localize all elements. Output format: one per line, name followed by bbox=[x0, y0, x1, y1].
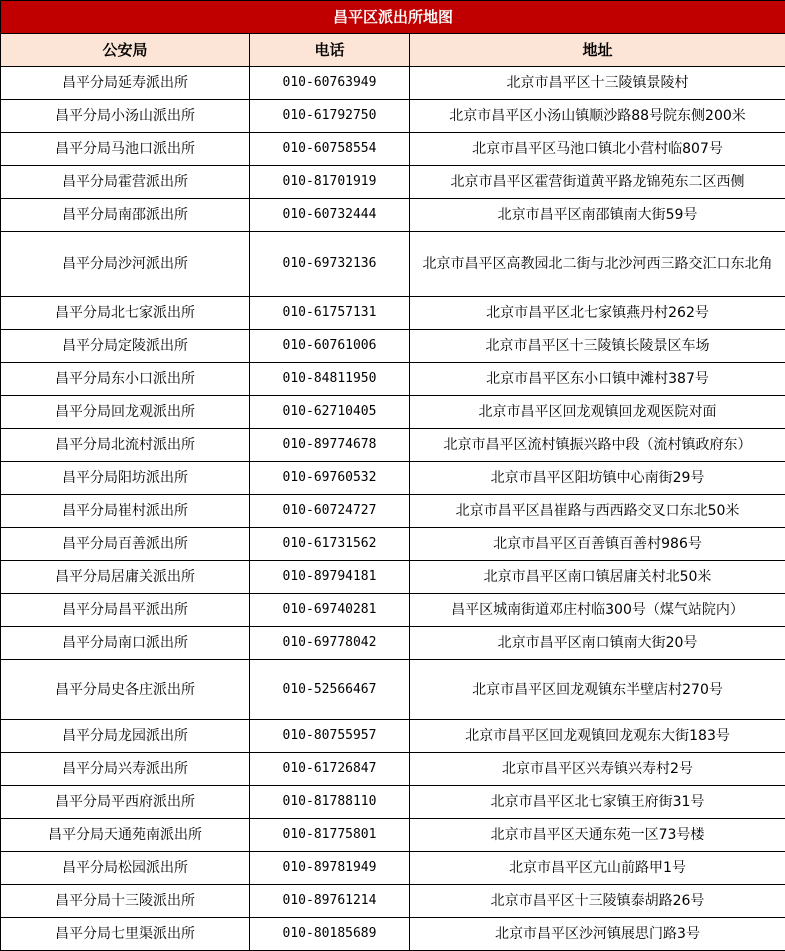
address: 北京市昌平区南邵镇南大街59号 bbox=[410, 199, 785, 232]
phone-number: 010-69778042 bbox=[250, 627, 410, 660]
table-row: 昌平分局定陵派出所 010-60761006 北京市昌平区十三陵镇长陵景区车场 bbox=[1, 330, 785, 363]
police-station-table: 昌平区派出所地图 公安局 电话 地址 昌平分局延寿派出所 010-6076394… bbox=[0, 0, 785, 951]
address: 北京市昌平区百善镇百善村986号 bbox=[410, 528, 785, 561]
table-row: 昌平分局阳坊派出所 010-69760532 北京市昌平区阳坊镇中心南街29号 bbox=[1, 462, 785, 495]
station-name: 昌平分局居庸关派出所 bbox=[1, 561, 250, 594]
address: 北京市昌平区小汤山镇顺沙路88号院东侧200米 bbox=[410, 100, 785, 133]
column-header-station: 公安局 bbox=[1, 34, 250, 67]
table-row: 昌平分局史各庄派出所 010-52566467 北京市昌平区回龙观镇东半壁店村2… bbox=[1, 660, 785, 720]
address: 北京市昌平区马池口镇北小营村临807号 bbox=[410, 133, 785, 166]
column-header-address: 地址 bbox=[410, 34, 785, 67]
phone-number: 010-61731562 bbox=[250, 528, 410, 561]
table-row: 昌平分局小汤山派出所 010-61792750 北京市昌平区小汤山镇顺沙路88号… bbox=[1, 100, 785, 133]
address: 北京市昌平区沙河镇展思门路3号 bbox=[410, 918, 785, 951]
station-name: 昌平分局松园派出所 bbox=[1, 852, 250, 885]
phone-number: 010-80755957 bbox=[250, 720, 410, 753]
table-title-row: 昌平区派出所地图 bbox=[1, 1, 785, 34]
address: 北京市昌平区十三陵镇泰胡路26号 bbox=[410, 885, 785, 918]
phone-number: 010-89781949 bbox=[250, 852, 410, 885]
address: 昌平区城南街道邓庄村临300号（煤气站院内） bbox=[410, 594, 785, 627]
table-row: 昌平分局七里渠派出所 010-80185689 北京市昌平区沙河镇展思门路3号 bbox=[1, 918, 785, 951]
station-name: 昌平分局南口派出所 bbox=[1, 627, 250, 660]
phone-number: 010-60761006 bbox=[250, 330, 410, 363]
table-row: 昌平分局北流村派出所 010-89774678 北京市昌平区流村镇振兴路中段（流… bbox=[1, 429, 785, 462]
address: 北京市昌平区十三陵镇长陵景区车场 bbox=[410, 330, 785, 363]
phone-number: 010-60763949 bbox=[250, 67, 410, 100]
table-row: 昌平分局居庸关派出所 010-89794181 北京市昌平区南口镇居庸关村北50… bbox=[1, 561, 785, 594]
station-name: 昌平分局延寿派出所 bbox=[1, 67, 250, 100]
table-row: 昌平分局延寿派出所 010-60763949 北京市昌平区十三陵镇景陵村 bbox=[1, 67, 785, 100]
table-row: 昌平分局沙河派出所 010-69732136 北京市昌平区高教园北二街与北沙河西… bbox=[1, 232, 785, 297]
phone-number: 010-89761214 bbox=[250, 885, 410, 918]
phone-number: 010-69732136 bbox=[250, 232, 410, 297]
phone-number: 010-69760532 bbox=[250, 462, 410, 495]
station-name: 昌平分局定陵派出所 bbox=[1, 330, 250, 363]
phone-number: 010-84811950 bbox=[250, 363, 410, 396]
address: 北京市昌平区亢山前路甲1号 bbox=[410, 852, 785, 885]
station-name: 昌平分局马池口派出所 bbox=[1, 133, 250, 166]
phone-number: 010-81775801 bbox=[250, 819, 410, 852]
address: 北京市昌平区南口镇南大街20号 bbox=[410, 627, 785, 660]
address: 北京市昌平区北七家镇燕丹村262号 bbox=[410, 297, 785, 330]
table-row: 昌平分局北七家派出所 010-61757131 北京市昌平区北七家镇燕丹村262… bbox=[1, 297, 785, 330]
table-row: 昌平分局崔村派出所 010-60724727 北京市昌平区昌崔路与西西路交叉口东… bbox=[1, 495, 785, 528]
address: 北京市昌平区流村镇振兴路中段（流村镇政府东） bbox=[410, 429, 785, 462]
station-name: 昌平分局昌平派出所 bbox=[1, 594, 250, 627]
table-row: 昌平分局回龙观派出所 010-62710405 北京市昌平区回龙观镇回龙观医院对… bbox=[1, 396, 785, 429]
address: 北京市昌平区东小口镇中滩村387号 bbox=[410, 363, 785, 396]
phone-number: 010-60724727 bbox=[250, 495, 410, 528]
address: 北京市昌平区霍营街道黄平路龙锦苑东二区西侧 bbox=[410, 166, 785, 199]
station-name: 昌平分局阳坊派出所 bbox=[1, 462, 250, 495]
table-row: 昌平分局南邵派出所 010-60732444 北京市昌平区南邵镇南大街59号 bbox=[1, 199, 785, 232]
table-row: 昌平分局马池口派出所 010-60758554 北京市昌平区马池口镇北小营村临8… bbox=[1, 133, 785, 166]
address: 北京市昌平区高教园北二街与北沙河西三路交汇口东北角 bbox=[410, 232, 785, 297]
table-row: 昌平分局平西府派出所 010-81788110 北京市昌平区北七家镇王府街31号 bbox=[1, 786, 785, 819]
station-name: 昌平分局东小口派出所 bbox=[1, 363, 250, 396]
table-row: 昌平分局兴寿派出所 010-61726847 北京市昌平区兴寿镇兴寿村2号 bbox=[1, 753, 785, 786]
phone-number: 010-61726847 bbox=[250, 753, 410, 786]
station-name: 昌平分局霍营派出所 bbox=[1, 166, 250, 199]
phone-number: 010-60732444 bbox=[250, 199, 410, 232]
table-row: 昌平分局松园派出所 010-89781949 北京市昌平区亢山前路甲1号 bbox=[1, 852, 785, 885]
address: 北京市昌平区回龙观镇回龙观东大街183号 bbox=[410, 720, 785, 753]
phone-number: 010-89794181 bbox=[250, 561, 410, 594]
table-row: 昌平分局百善派出所 010-61731562 北京市昌平区百善镇百善村986号 bbox=[1, 528, 785, 561]
station-name: 昌平分局七里渠派出所 bbox=[1, 918, 250, 951]
table-row: 昌平分局龙园派出所 010-80755957 北京市昌平区回龙观镇回龙观东大街1… bbox=[1, 720, 785, 753]
station-name: 昌平分局沙河派出所 bbox=[1, 232, 250, 297]
phone-number: 010-61792750 bbox=[250, 100, 410, 133]
phone-number: 010-80185689 bbox=[250, 918, 410, 951]
phone-number: 010-52566467 bbox=[250, 660, 410, 720]
phone-number: 010-61757131 bbox=[250, 297, 410, 330]
station-name: 昌平分局北流村派出所 bbox=[1, 429, 250, 462]
address: 北京市昌平区北七家镇王府街31号 bbox=[410, 786, 785, 819]
station-name: 昌平分局小汤山派出所 bbox=[1, 100, 250, 133]
station-name: 昌平分局回龙观派出所 bbox=[1, 396, 250, 429]
address: 北京市昌平区十三陵镇景陵村 bbox=[410, 67, 785, 100]
table-row: 昌平分局昌平派出所 010-69740281 昌平区城南街道邓庄村临300号（煤… bbox=[1, 594, 785, 627]
station-name: 昌平分局北七家派出所 bbox=[1, 297, 250, 330]
station-name: 昌平分局平西府派出所 bbox=[1, 786, 250, 819]
address: 北京市昌平区天通东苑一区73号楼 bbox=[410, 819, 785, 852]
phone-number: 010-60758554 bbox=[250, 133, 410, 166]
column-header-phone: 电话 bbox=[250, 34, 410, 67]
station-name: 昌平分局南邵派出所 bbox=[1, 199, 250, 232]
station-name: 昌平分局史各庄派出所 bbox=[1, 660, 250, 720]
address: 北京市昌平区南口镇居庸关村北50米 bbox=[410, 561, 785, 594]
phone-number: 010-69740281 bbox=[250, 594, 410, 627]
station-name: 昌平分局百善派出所 bbox=[1, 528, 250, 561]
address: 北京市昌平区昌崔路与西西路交叉口东北50米 bbox=[410, 495, 785, 528]
station-name: 昌平分局十三陵派出所 bbox=[1, 885, 250, 918]
station-name: 昌平分局崔村派出所 bbox=[1, 495, 250, 528]
table-row: 昌平分局十三陵派出所 010-89761214 北京市昌平区十三陵镇泰胡路26号 bbox=[1, 885, 785, 918]
station-name: 昌平分局龙园派出所 bbox=[1, 720, 250, 753]
phone-number: 010-62710405 bbox=[250, 396, 410, 429]
phone-number: 010-81701919 bbox=[250, 166, 410, 199]
column-header-row: 公安局 电话 地址 bbox=[1, 34, 785, 67]
station-name: 昌平分局兴寿派出所 bbox=[1, 753, 250, 786]
address: 北京市昌平区回龙观镇东半壁店村270号 bbox=[410, 660, 785, 720]
station-name: 昌平分局天通苑南派出所 bbox=[1, 819, 250, 852]
address: 北京市昌平区回龙观镇回龙观医院对面 bbox=[410, 396, 785, 429]
police-station-table-container: 昌平区派出所地图 公安局 电话 地址 昌平分局延寿派出所 010-6076394… bbox=[0, 0, 785, 951]
address: 北京市昌平区阳坊镇中心南街29号 bbox=[410, 462, 785, 495]
table-title: 昌平区派出所地图 bbox=[1, 1, 785, 34]
table-row: 昌平分局霍营派出所 010-81701919 北京市昌平区霍营街道黄平路龙锦苑东… bbox=[1, 166, 785, 199]
table-row: 昌平分局南口派出所 010-69778042 北京市昌平区南口镇南大街20号 bbox=[1, 627, 785, 660]
table-row: 昌平分局东小口派出所 010-84811950 北京市昌平区东小口镇中滩村387… bbox=[1, 363, 785, 396]
phone-number: 010-89774678 bbox=[250, 429, 410, 462]
address: 北京市昌平区兴寿镇兴寿村2号 bbox=[410, 753, 785, 786]
table-row: 昌平分局天通苑南派出所 010-81775801 北京市昌平区天通东苑一区73号… bbox=[1, 819, 785, 852]
phone-number: 010-81788110 bbox=[250, 786, 410, 819]
